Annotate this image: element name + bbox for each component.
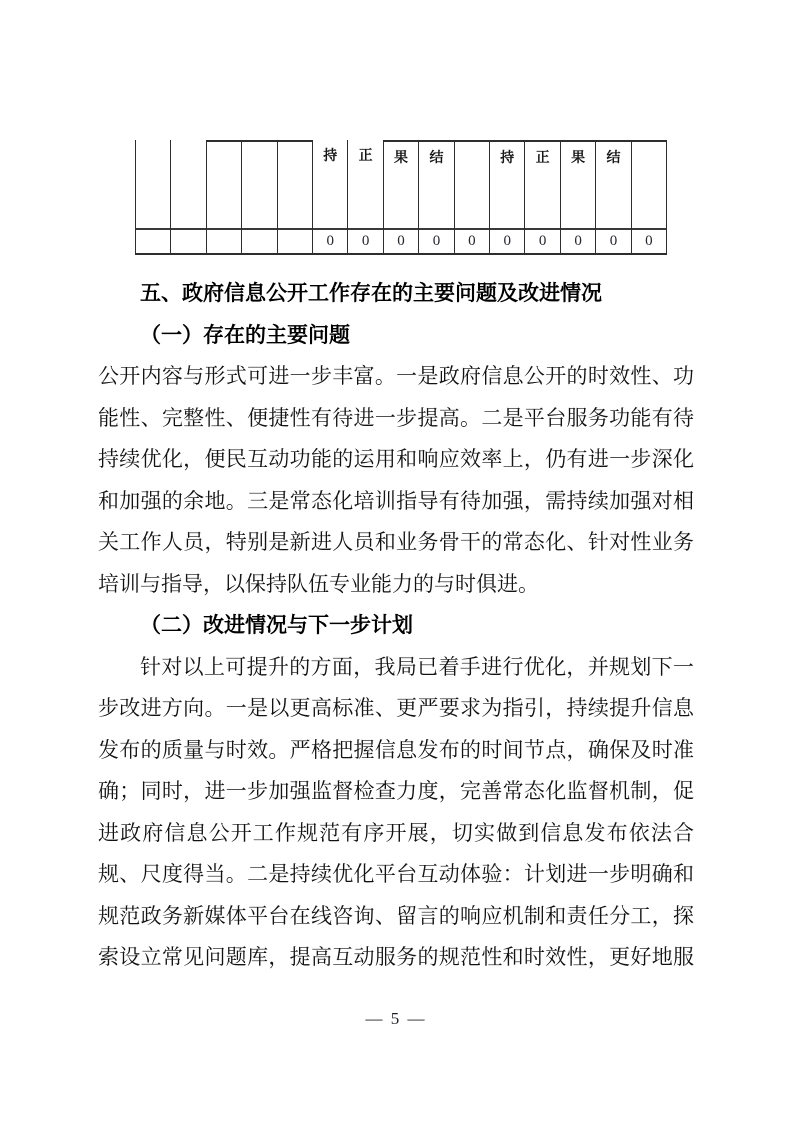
table-data-cell [242,228,276,255]
table-header-cell: 持 [490,140,524,228]
table-header-cell: 果 [384,140,418,228]
section-heading-sub2: （二）改进情况与下一步计划 [98,605,694,647]
table-header-cell: 正 [348,140,382,228]
body-line: 进政府信息公开工作规范有序开展，切实做到信息发布依法合 [98,813,694,855]
table-header-cell [136,140,170,228]
body-line: 能性、完整性、便捷性有待进一步提高。二是平台服务功能有待 [98,398,694,440]
table-column: 正 0 [525,140,560,255]
table-column [207,140,242,255]
body-line: 步改进方向。一是以更高标准、更严要求为指引，持续提升信息 [98,688,694,730]
table-data-cell: 0 [632,228,666,255]
table-data-cell: 0 [348,228,382,255]
body-line: 和加强的余地。三是常态化培训指导有待加强，需持续加强对相 [98,481,694,523]
table-column: 结 0 [596,140,631,255]
table-header-cell [455,140,489,228]
body-line: 针对以上可提升的方面，我局已着手进行优化，并规划下一 [98,647,694,689]
body-line: 规范政务新媒体平台在线咨询、留言的响应机制和责任分工，探 [98,896,694,938]
table-header-cell [278,140,312,228]
table-column [242,140,277,255]
table-data-cell: 0 [596,228,630,255]
page-number: — 5 — [0,1009,792,1029]
table-data-cell: 0 [455,228,489,255]
table-data-cell [278,228,312,255]
section-heading-sub1: （一）存在的主要问题 [98,315,694,357]
table-column: 果 0 [384,140,419,255]
table-header-cell [171,140,205,228]
body-line: 持续优化，便民互动功能的运用和响应效率上，仍有进一步深化 [98,439,694,481]
table-header-cell: 结 [419,140,453,228]
table-header-cell: 正 [525,140,559,228]
section-heading-main: 五、政府信息公开工作存在的主要问题及改进情况 [98,273,694,315]
table-column [278,140,313,255]
table-data-cell: 0 [384,228,418,255]
table-column: 0 [632,140,667,255]
table-header-cell: 结 [596,140,630,228]
body-line: 确；同时，进一步加强监督检查力度，完善常态化监督机制，促 [98,771,694,813]
table-column [135,140,171,255]
table-data-cell: 0 [561,228,595,255]
table-column: 持 0 [490,140,525,255]
table-column: 果 0 [561,140,596,255]
table-header-cell: 果 [561,140,595,228]
body-line: 培训与指导，以保持队伍专业能力的与时俱进。 [98,564,694,606]
body-line: 发布的质量与时效。严格把握信息发布的时间节点，确保及时准 [98,730,694,772]
document-page: 持 0 正 0 果 0 结 0 0 持 0 正 0 果 0 [0,0,792,1122]
body-line: 关工作人员，特别是新进人员和业务骨干的常态化、针对性业务 [98,522,694,564]
table-column: 持 0 [313,140,348,255]
table-column: 0 [455,140,490,255]
table-data-cell [171,228,205,255]
body-line: 规、尺度得当。二是持续优化平台互动体验：计划进一步明确和 [98,854,694,896]
table-data-cell: 0 [490,228,524,255]
table-column: 正 0 [348,140,383,255]
body-line: 索设立常见问题库，提高互动服务的规范性和时效性，更好地服 [98,937,694,979]
table-header-cell [242,140,276,228]
table-data-cell [136,228,170,255]
table-header-cell [207,140,241,228]
table-column [171,140,206,255]
table-column: 结 0 [419,140,454,255]
document-body: 五、政府信息公开工作存在的主要问题及改进情况 （一）存在的主要问题 公开内容与形… [98,273,694,979]
table-header-cell: 持 [313,140,347,228]
body-line: 公开内容与形式可进一步丰富。一是政府信息公开的时效性、功 [98,356,694,398]
table-data-cell [207,228,241,255]
table-data-cell: 0 [313,228,347,255]
statistics-table: 持 0 正 0 果 0 结 0 0 持 0 正 0 果 0 [135,140,667,255]
table-data-cell: 0 [525,228,559,255]
table-header-cell [632,140,666,228]
table-data-cell: 0 [419,228,453,255]
